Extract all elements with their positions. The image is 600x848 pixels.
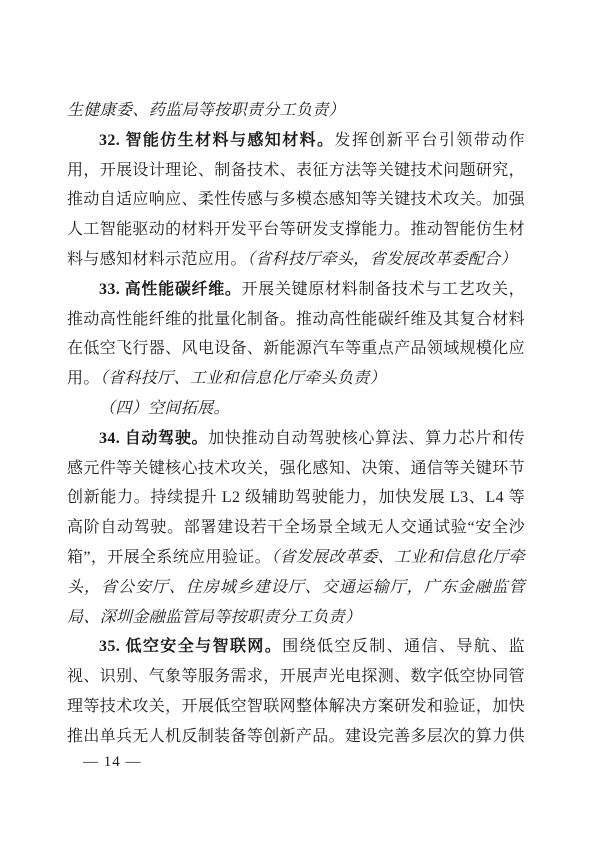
item-32-body-text: 发挥创新平台引领带动作用，开展设计理论、制备技术、表征方法等关键技术问题研究，推… [67, 132, 525, 268]
page-number: — 14 — [83, 754, 142, 770]
document-body: 生健康委、药监局等按职责分工负责） 32. 智能仿生材料与感知材料。发挥创新平台… [67, 96, 525, 752]
section-heading-4: （四）空间拓展。 [67, 394, 525, 424]
paragraph-continuation: 生健康委、药监局等按职责分工负责） [67, 96, 525, 126]
item-33-annotation: （省科技厅、工业和信息化厅牵头负责） [100, 370, 386, 387]
continuation-annotation-text: 生健康委、药监局等按职责分工负责） [67, 102, 345, 119]
item-33-title: 33. 高性能碳纤维。 [99, 281, 242, 298]
paragraph-item-35: 35. 低空安全与智联网。围绕低空反制、通信、导航、监视、识别、气象等服务需求，… [67, 632, 525, 751]
item-34-body-text: 加快推动自动驾驶核心算法、算力芯片和传感元件等关键核心技术攻关，强化感知、决策、… [67, 430, 525, 566]
item-35-title: 35. 低空安全与智联网。 [99, 638, 282, 655]
paragraph-item-33: 33. 高性能碳纤维。开展关键原材料制备技术与工艺攻关，推动高性能纤维的批量化制… [67, 275, 525, 394]
section-heading-4-text: （四）空间拓展。 [99, 400, 230, 417]
paragraph-item-34: 34. 自动驾驶。加快推动自动驾驶核心算法、算力芯片和传感元件等关键核心技术攻关… [67, 424, 525, 633]
item-34-title: 34. 自动驾驶。 [99, 430, 208, 447]
item-32-title: 32. 智能仿生材料与感知材料。 [99, 132, 334, 149]
item-32-annotation: （省科技厅牵头，省发展改革委配合） [247, 251, 517, 268]
document-page: 生健康委、药监局等按职责分工负责） 32. 智能仿生材料与感知材料。发挥创新平台… [0, 0, 600, 848]
paragraph-item-32: 32. 智能仿生材料与感知材料。发挥创新平台引领带动作用，开展设计理论、制备技术… [67, 126, 525, 275]
page-footer: — 14 — [83, 754, 142, 771]
